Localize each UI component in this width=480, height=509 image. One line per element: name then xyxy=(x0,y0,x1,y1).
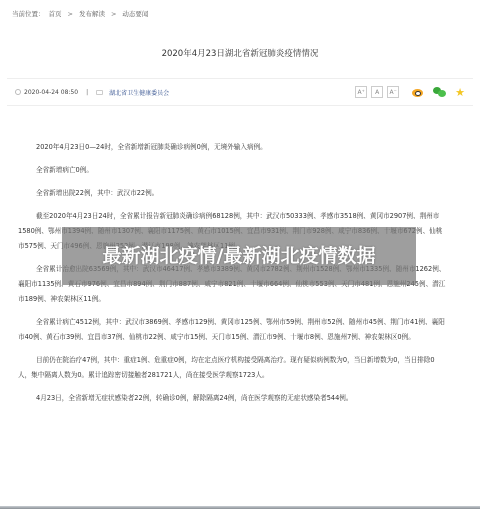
publish-date: 2020-04-24 08:50 xyxy=(24,89,78,96)
overlay-title: 最新湖北疫情/最新湖北疫情数据 xyxy=(97,244,382,268)
clock-icon xyxy=(15,89,21,95)
page: 当前位置： 首页 > 发布解读 > 动态要闻 2020年4月23日湖北省新冠肺炎… xyxy=(0,0,480,509)
font-size-small-button[interactable]: A⁻ xyxy=(387,86,399,98)
page-title: 2020年4月23日湖北省新冠肺炎疫情情况 xyxy=(0,47,480,59)
wechat-icon[interactable] xyxy=(433,87,446,97)
breadcrumb-release[interactable]: 发布解读 xyxy=(79,9,105,18)
article-meta: 2020-04-24 08:50 | 湖北省卫生健康委员会 xyxy=(15,88,169,97)
breadcrumb-news[interactable]: 动态要闻 xyxy=(122,9,148,18)
font-size-medium-button[interactable]: A xyxy=(371,86,383,98)
paragraph-new-discharged: 全省新增出院22例，其中：武汉市22例。 xyxy=(36,186,446,201)
paragraph-new-cases: 2020年4月23日0—24时，全省新增新冠肺炎确诊病例0例，无境外输入病例。 xyxy=(36,140,446,155)
breadcrumb-home[interactable]: 首页 xyxy=(49,9,62,18)
breadcrumb-label: 当前位置： xyxy=(12,9,45,18)
title-overlay-banner: 最新湖北疫情/最新湖北疫情数据 xyxy=(62,227,416,285)
article-toolbar: A⁺ A A⁻ ★ xyxy=(355,86,465,98)
paragraph-cumulative-deaths: 全省累计病亡4512例，其中：武汉市3869例、孝感市129例、黄冈市125例、… xyxy=(18,315,446,345)
font-size-large-button[interactable]: A⁺ xyxy=(355,86,367,98)
star-icon[interactable]: ★ xyxy=(455,87,465,98)
paragraph-asymptomatic: 4月23日，全省新增无症状感染者22例，转确诊0例，解除隔离24例，尚在医学观察… xyxy=(18,391,446,406)
breadcrumb-separator: > xyxy=(111,10,116,18)
article-source[interactable]: 湖北省卫生健康委员会 xyxy=(109,88,169,97)
source-icon xyxy=(96,90,103,95)
meta-divider: | xyxy=(86,89,88,96)
paragraph-in-hospital: 目前仍在院治疗47例，其中：重症1例、危重症0例，均在定点医疗机构接受隔离治疗。… xyxy=(18,353,446,383)
breadcrumb-separator: > xyxy=(68,10,73,18)
breadcrumb: 当前位置： 首页 > 发布解读 > 动态要闻 xyxy=(12,9,148,18)
weibo-icon[interactable] xyxy=(412,87,424,97)
article-meta-bar: 2020-04-24 08:50 | 湖北省卫生健康委员会 A⁺ A A⁻ ★ xyxy=(7,78,473,106)
paragraph-new-deaths: 全省新增病亡0例。 xyxy=(36,163,446,178)
